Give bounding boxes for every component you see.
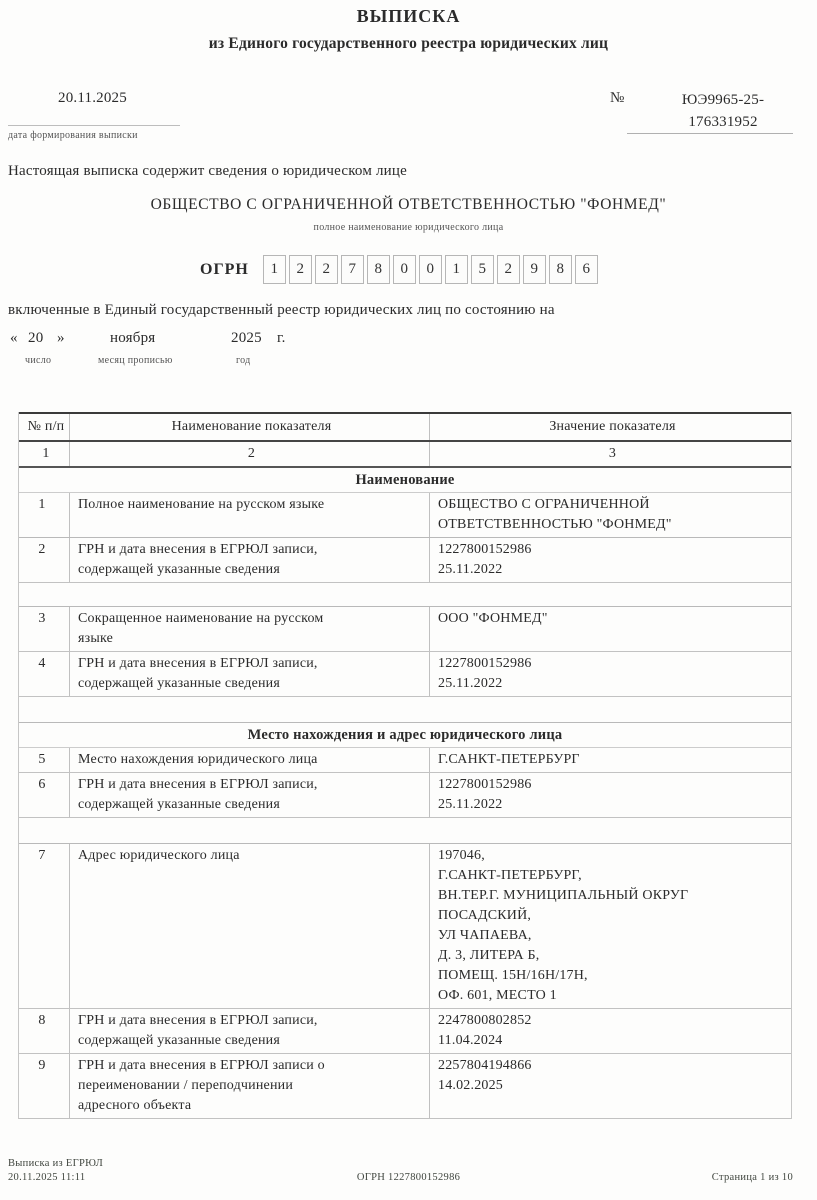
company-name-label: полное наименование юридического лица [0, 222, 817, 233]
footer-page-number: Страница 1 из 10 [617, 1172, 793, 1183]
row-num: 6 [19, 773, 69, 817]
section-title-location: Место нахождения и адрес юридического ли… [19, 723, 791, 748]
col-number: 1 [19, 442, 69, 466]
col-header-num: № п/п [19, 414, 69, 440]
row-name: Сокращенное наименование на русском язык… [69, 607, 429, 651]
row-name: Адрес юридического лица [69, 844, 429, 1008]
table-numbering-row: 1 2 3 [19, 442, 791, 468]
ogrn-digit: 2 [289, 255, 312, 284]
row-value: 1227800152986 25.11.2022 [429, 773, 791, 817]
ogrn-label: ОГРН [200, 261, 249, 279]
year-value: 2025 [231, 330, 262, 347]
ogrn-row: ОГРН 1 2 2 7 8 0 0 1 5 2 9 8 6 [200, 255, 598, 284]
year-suffix: г. [277, 330, 286, 347]
col-header-value: Значение показателя [429, 414, 791, 440]
day-open-quote: « [10, 330, 18, 347]
row-name: ГРН и дата внесения в ЕГРЮЛ записи, соде… [69, 1009, 429, 1053]
col-header-name: Наименование показателя [69, 414, 429, 440]
extract-date: 20.11.2025 [58, 90, 127, 107]
document-subtitle: из Единого государственного реестра юрид… [0, 35, 817, 53]
day-value: 20 [28, 330, 43, 347]
table-row: 6 ГРН и дата внесения в ЕГРЮЛ записи, со… [19, 773, 791, 818]
row-num: 3 [19, 607, 69, 651]
ogrn-digit: 5 [471, 255, 494, 284]
company-full-name: ОБЩЕСТВО С ОГРАНИЧЕННОЙ ОТВЕТСТВЕННОСТЬЮ… [0, 196, 817, 214]
intro-line: Настоящая выписка содержит сведения о юр… [8, 163, 407, 180]
table-gap [19, 583, 791, 606]
number-sign: № [610, 90, 625, 107]
row-num: 5 [19, 748, 69, 772]
document-title: ВЫПИСКА [0, 6, 817, 27]
row-num: 7 [19, 844, 69, 1008]
table-header-row: № п/п Наименование показателя Значение п… [19, 414, 791, 442]
ogrn-digit: 1 [263, 255, 286, 284]
table-block-location: Место нахождения и адрес юридического ли… [19, 722, 791, 818]
table-header-block: № п/п Наименование показателя Значение п… [19, 412, 791, 468]
ogrn-digit: 0 [419, 255, 442, 284]
table-gap [19, 818, 791, 843]
row-value: Г.САНКТ-ПЕТЕРБУРГ [429, 748, 791, 772]
table-row: 5 Место нахождения юридического лица Г.С… [19, 748, 791, 773]
row-value: ОБЩЕСТВО С ОГРАНИЧЕННОЙ ОТВЕТСТВЕННОСТЬЮ… [429, 493, 791, 537]
table-block-short-name: 3 Сокращенное наименование на русском яз… [19, 606, 791, 697]
row-value: 2257804194866 14.02.2025 [429, 1054, 791, 1118]
row-value: 197046, Г.САНКТ-ПЕТЕРБУРГ, ВН.ТЕР.Г. МУН… [429, 844, 791, 1008]
row-value: ООО "ФОНМЕД" [429, 607, 791, 651]
row-num: 1 [19, 493, 69, 537]
day-label: число [25, 355, 51, 366]
ogrn-digit: 1 [445, 255, 468, 284]
month-label: месяц прописью [98, 355, 173, 366]
included-line: включенные в Единый государственный реес… [8, 302, 555, 319]
row-value: 1227800152986 25.11.2022 [429, 538, 791, 582]
row-name: ГРН и дата внесения в ЕГРЮЛ записи, соде… [69, 652, 429, 696]
table-block-name: 1 Полное наименование на русском языке О… [19, 493, 791, 537]
table-row: 9 ГРН и дата внесения в ЕГРЮЛ записи о п… [19, 1054, 791, 1119]
row-num: 2 [19, 538, 69, 582]
day-close-quote: » [57, 330, 65, 347]
ogrn-digit: 2 [315, 255, 338, 284]
ogrn-digit: 7 [341, 255, 364, 284]
row-name: ГРН и дата внесения в ЕГРЮЛ записи, соде… [69, 773, 429, 817]
table-block: 2 ГРН и дата внесения в ЕГРЮЛ записи, со… [19, 537, 791, 583]
row-value: 2247800802852 11.04.2024 [429, 1009, 791, 1053]
table-row: 7 Адрес юридического лица 197046, Г.САНК… [19, 844, 791, 1009]
row-num: 8 [19, 1009, 69, 1053]
row-value: 1227800152986 25.11.2022 [429, 652, 791, 696]
extract-date-label: дата формирования выписки [8, 130, 138, 141]
ogrn-digit: 0 [393, 255, 416, 284]
row-name: ГРН и дата внесения в ЕГРЮЛ записи, соде… [69, 538, 429, 582]
row-name: ГРН и дата внесения в ЕГРЮЛ записи о пер… [69, 1054, 429, 1118]
row-num: 9 [19, 1054, 69, 1118]
col-number: 2 [69, 442, 429, 466]
row-num: 4 [19, 652, 69, 696]
table-row: 4 ГРН и дата внесения в ЕГРЮЛ записи, со… [19, 652, 791, 697]
table-row: 3 Сокращенное наименование на русском яз… [19, 607, 791, 652]
month-value: ноября [110, 330, 155, 347]
indicators-table: № п/п Наименование показателя Значение п… [18, 412, 792, 1119]
year-label: год [236, 355, 251, 366]
ogrn-digit: 9 [523, 255, 546, 284]
ogrn-digit: 6 [575, 255, 598, 284]
ogrn-digit-boxes: 1 2 2 7 8 0 0 1 5 2 9 8 6 [263, 255, 598, 284]
ogrn-digit: 2 [497, 255, 520, 284]
extract-number: ЮЭ9965-25- 176331952 [652, 89, 794, 133]
table-row: 1 Полное наименование на русском языке О… [19, 493, 791, 537]
row-name: Полное наименование на русском языке [69, 493, 429, 537]
table-block-address: 7 Адрес юридического лица 197046, Г.САНК… [19, 843, 791, 1119]
col-number: 3 [429, 442, 791, 466]
egrul-extract-document: ВЫПИСКА из Единого государственного реес… [0, 0, 817, 1200]
date-underline [8, 125, 180, 126]
table-row: 2 ГРН и дата внесения в ЕГРЮЛ записи, со… [19, 538, 791, 583]
table-row: 8 ГРН и дата внесения в ЕГРЮЛ записи, со… [19, 1009, 791, 1054]
row-name: Место нахождения юридического лица [69, 748, 429, 772]
section-title-name: Наименование [19, 468, 791, 493]
ogrn-digit: 8 [549, 255, 572, 284]
ogrn-digit: 8 [367, 255, 390, 284]
table-gap [19, 697, 791, 722]
number-underline [627, 133, 793, 134]
